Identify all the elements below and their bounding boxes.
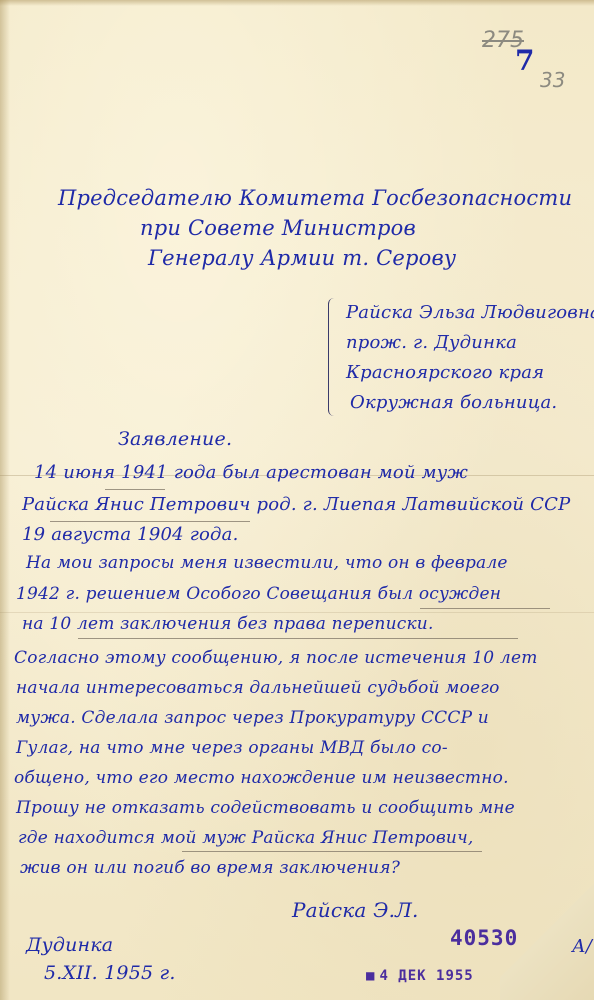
body-line: где находится мой муж Райска Янис Петров… — [18, 828, 473, 848]
signature: Райска Э.Л. — [292, 898, 419, 922]
body-line: 19 августа 1904 года. — [22, 524, 239, 545]
scanned-document-page: 275 7 33 Председателю Комитета Госбезопа… — [0, 0, 594, 1000]
document-title: Заявление. — [118, 428, 232, 450]
margin-initials: А/ — [572, 936, 592, 957]
stamp-emblem-icon: ■ — [366, 968, 375, 984]
body-line: общено, что его место нахождение им неиз… — [14, 768, 509, 788]
received-date-text: 4 ДЕК 1955 — [379, 968, 473, 984]
body-line: Райска Янис Петрович род. г. Лиепая Латв… — [22, 494, 570, 515]
sender-bracket — [328, 298, 337, 416]
pencil-underline — [78, 638, 518, 639]
sender-line: прож. г. Дудинка — [346, 332, 517, 353]
addressee-line: при Совете Министров — [140, 216, 416, 240]
body-line: На мои запросы меня известили, что он в … — [26, 553, 508, 573]
body-line: мужа. Сделала запрос через Прокуратуру С… — [16, 708, 489, 728]
sender-line: Окружная больница. — [350, 392, 557, 413]
place-name: Дудинка — [26, 934, 113, 956]
paper-fold-line — [0, 612, 594, 613]
addressee-line: Генералу Армии т. Серову — [148, 246, 456, 270]
pencil-page-number: 33 — [540, 68, 565, 92]
pencil-underline — [182, 851, 482, 852]
addressee-line: Председателю Комитета Госбезопасности — [58, 186, 572, 210]
body-line: Согласно этому сообщению, я после истече… — [14, 648, 538, 668]
body-line: жив он или погиб во время заключения? — [20, 858, 400, 878]
sender-line: Райска Эльза Людвиговна — [346, 302, 594, 323]
body-line: начала интересоваться дальнейшей судьбой… — [16, 678, 500, 698]
registration-number-stamp: 40530 — [450, 926, 518, 950]
document-date: 5.XII. 1955 г. — [44, 962, 176, 984]
pencil-underline — [105, 489, 165, 490]
pencil-underline — [420, 608, 550, 609]
sender-line: Красноярского края — [346, 362, 544, 383]
received-date-stamp: ■4 ДЕК 1955 — [366, 968, 474, 984]
folio-number: 7 — [515, 44, 535, 77]
pencil-underline — [50, 521, 250, 522]
body-line: 1942 г. решением Особого Совещания был о… — [16, 584, 501, 604]
body-line: Гулаг, на что мне через органы МВД было … — [16, 738, 448, 758]
body-line: 14 июня 1941 года был арестован мой муж — [34, 462, 468, 483]
body-line: Прошу не отказать содействовать и сообщи… — [16, 798, 515, 818]
body-line: на 10 лет заключения без права переписки… — [22, 614, 434, 634]
